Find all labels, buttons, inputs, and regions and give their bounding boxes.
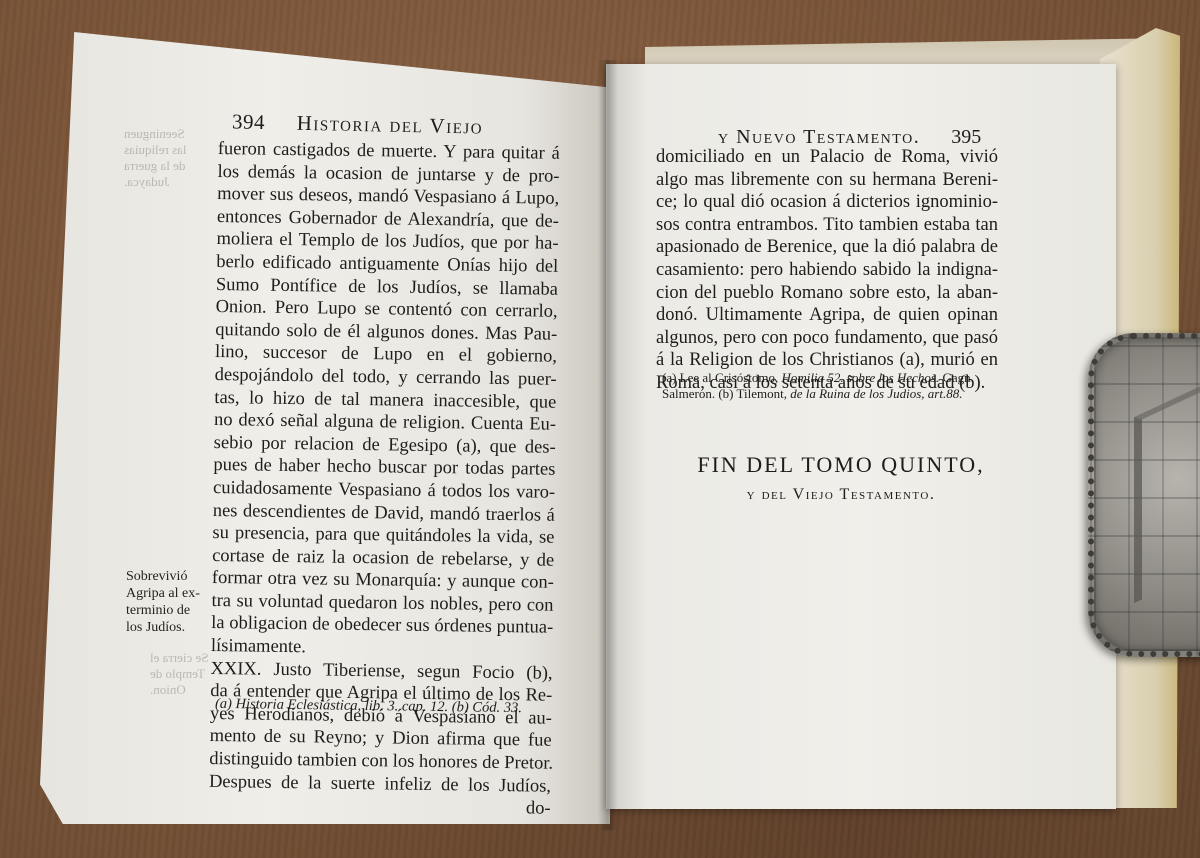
- catchword-line: do-: [209, 793, 551, 820]
- ghost-line: Templo de: [150, 666, 208, 682]
- marginal-line: Sobrevivió: [126, 568, 208, 585]
- book-gutter: [598, 60, 618, 830]
- footnote-a-title: Homilia 52. sobre los Hechos.: [782, 370, 940, 385]
- footnote-a: (a) Lee al Crisóstomo, Homilia 52. sobre…: [662, 370, 1002, 386]
- left-running-head: 394 Historia del Viejo: [232, 109, 484, 139]
- right-body-text: domiciliado en un Palacio de Roma, vivió…: [656, 146, 998, 395]
- ghost-marginal-bottom: Se cierra el Templo de Onion.: [150, 650, 208, 698]
- footnote-b-title: de la Ruina de los Judios, art.88.: [790, 386, 962, 401]
- colophon-subtitle: y del Viejo Testamento.: [606, 486, 1076, 504]
- text-line: casamiento: pero habiendo sabido la indi…: [656, 259, 998, 282]
- left-body-text: fueron castigados de muerte. Y para quit…: [209, 138, 560, 821]
- text-line: á la Religion de los Christianos (a), mu…: [656, 349, 998, 372]
- left-page-number: 394: [232, 109, 265, 134]
- footnote-a-suffix: Gagn.: [942, 370, 973, 385]
- colophon-title: FIN DEL TOMO QUINTO,: [606, 452, 1076, 478]
- text-line: algo mas libremente con su hermana Beren…: [656, 169, 998, 192]
- text-line: ce; lo qual dió ocasion á dicterios igno…: [656, 191, 998, 214]
- footnote-b: Salmeron. (b) Tilemont, de la Ruina de l…: [662, 386, 1002, 402]
- marginal-line: Agripa al ex-: [126, 585, 208, 602]
- ghost-line: las reliquias: [124, 142, 186, 158]
- marginal-line: terminio de: [126, 602, 208, 619]
- right-running-title: y Nuevo Testamento.: [718, 126, 920, 148]
- footnote-a-prefix: (a) Lee al Crisóstomo,: [662, 370, 778, 385]
- ghost-line: Se cierra el: [150, 650, 208, 666]
- footnote-b-prefix: Salmeron. (b) Tilemont,: [662, 386, 787, 401]
- right-footnotes: (a) Lee al Crisóstomo, Homilia 52. sobre…: [662, 370, 1002, 402]
- text-line: cion del pueblo Romano sobre esto, la ab…: [656, 282, 998, 305]
- ghost-line: Onion.: [150, 682, 208, 698]
- marginal-line: los Judíos.: [126, 619, 208, 636]
- left-running-title: Historia del Viejo: [297, 111, 484, 139]
- ghost-line: Seeninguen: [124, 126, 186, 142]
- text-line: algunos, pero con poco fundamento, que p…: [656, 327, 998, 350]
- metal-clasp-icon: [1088, 333, 1200, 657]
- text-line: domiciliado en un Palacio de Roma, vivió: [656, 146, 998, 169]
- ghost-marginal-top: Seeninguen las reliquias de la guerra Ju…: [124, 126, 186, 190]
- text-line: apasionado de Berenice, que la dió palab…: [656, 236, 998, 259]
- text-line: donó. Ultimamente Agripa, de quien opina…: [656, 304, 998, 327]
- right-page-number: 395: [951, 126, 981, 148]
- marginal-note: Sobrevivió Agripa al ex- terminio de los…: [126, 568, 208, 636]
- ghost-line: de la guerra: [124, 158, 186, 174]
- ghost-line: Judayca.: [124, 174, 186, 190]
- text-line: sos contra entrambos. Tito tambien estab…: [656, 214, 998, 237]
